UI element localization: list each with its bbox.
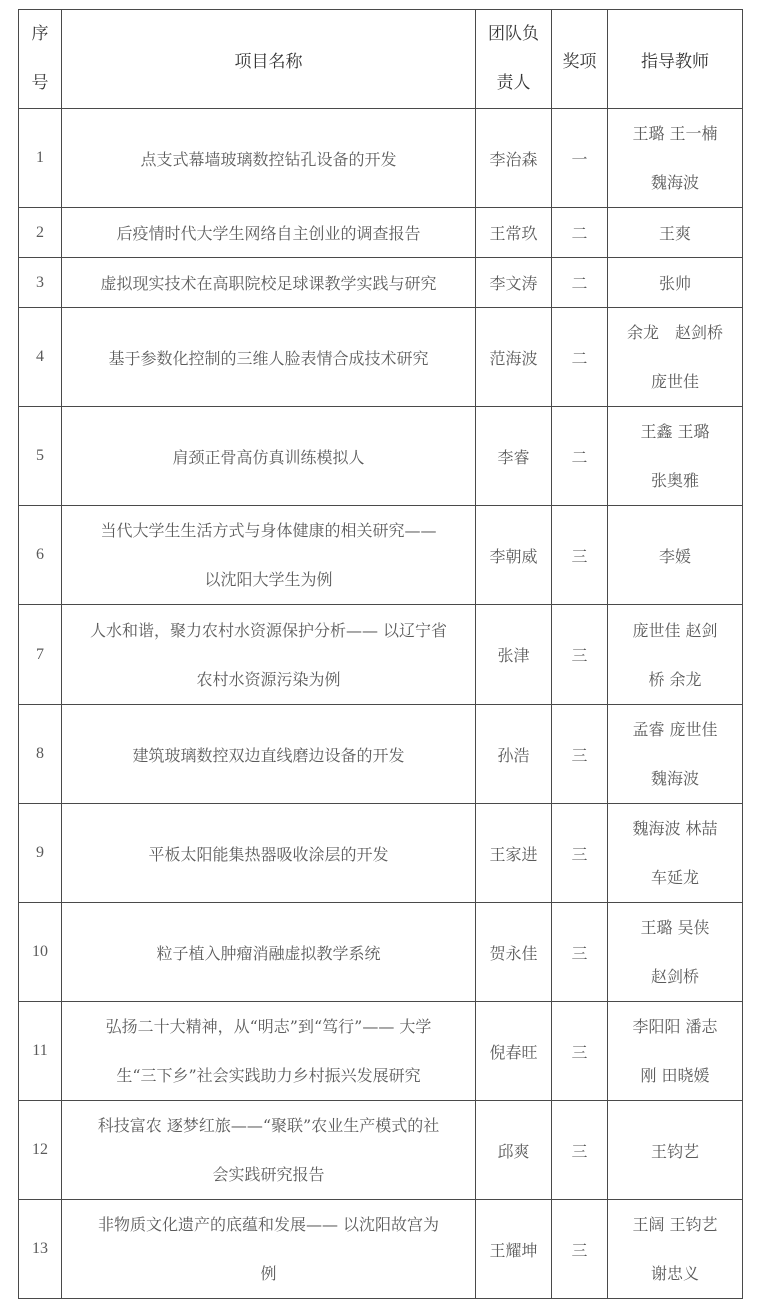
row-number: 5 xyxy=(19,407,62,506)
advisor-teachers-line: 张奥雅 xyxy=(612,456,738,505)
team-leader-text: 李治森 xyxy=(489,150,537,169)
project-name: 粒子植入肿瘤消融虚拟教学系统 xyxy=(62,903,476,1002)
project-name: 弘扬二十大精神，从“明志”到“笃行”—— 大学生“三下乡”社会实践助力乡村振兴发… xyxy=(62,1002,476,1101)
team-leader-text: 王家进 xyxy=(489,845,537,864)
project-name-line: 以沈阳大学生为例 xyxy=(66,555,471,604)
project-name-line: 人水和谐，聚力农村水资源保护分析—— 以辽宁省 xyxy=(66,606,471,655)
row-number-text: 2 xyxy=(36,224,44,241)
award-level: 三 xyxy=(552,1200,608,1299)
header-no-line1: 序 xyxy=(23,10,57,59)
row-number-text: 9 xyxy=(36,844,44,861)
advisor-teachers-line: 王璐 王一楠 xyxy=(612,109,738,158)
row-number-text: 11 xyxy=(32,1042,47,1059)
project-name: 虚拟现实技术在高职院校足球课教学实践与研究 xyxy=(62,258,476,308)
header-no: 序 号 xyxy=(19,10,62,109)
advisor-teachers: 王鑫 王璐张奥雅 xyxy=(608,407,743,506)
advisor-teachers: 王阔 王钧艺谢忠义 xyxy=(608,1200,743,1299)
team-leader: 王常玖 xyxy=(476,208,552,258)
award-level-text: 二 xyxy=(571,448,587,467)
project-name: 基于参数化控制的三维人脸表情合成技术研究 xyxy=(62,308,476,407)
advisor-teachers-line: 魏海波 林喆 xyxy=(612,804,738,853)
award-level: 三 xyxy=(552,804,608,903)
project-name: 平板太阳能集热器吸收涂层的开发 xyxy=(62,804,476,903)
advisor-teachers-line: 魏海波 xyxy=(612,754,738,803)
row-number: 2 xyxy=(19,208,62,258)
advisor-teachers-line: 庞世佳 赵剑 xyxy=(612,606,738,655)
project-name: 人水和谐，聚力农村水资源保护分析—— 以辽宁省农村水资源污染为例 xyxy=(62,605,476,705)
table-row: 3虚拟现实技术在高职院校足球课教学实践与研究李文涛二张帅 xyxy=(19,258,743,308)
team-leader: 张津 xyxy=(476,605,552,705)
advisor-teachers-line: 谢忠义 xyxy=(612,1249,738,1298)
advisor-teachers: 庞世佳 赵剑桥 余龙 xyxy=(608,605,743,705)
row-number: 12 xyxy=(19,1101,62,1200)
award-level: 二 xyxy=(552,308,608,407)
advisor-teachers: 张帅 xyxy=(608,258,743,308)
award-level-text: 三 xyxy=(571,845,587,864)
row-number-text: 4 xyxy=(36,348,44,365)
project-name-line: 非物质文化遗产的底蕴和发展—— 以沈阳故宫为 xyxy=(66,1200,471,1249)
team-leader-text: 王耀坤 xyxy=(489,1241,537,1260)
advisor-teachers-line: 王阔 王钧艺 xyxy=(612,1200,738,1249)
project-name: 科技富农 逐梦红旅——“聚联”农业生产模式的社会实践研究报告 xyxy=(62,1101,476,1200)
table-row: 5肩颈正骨高仿真训练模拟人李睿二王鑫 王璐张奥雅 xyxy=(19,407,743,506)
award-level: 三 xyxy=(552,1002,608,1101)
row-number: 1 xyxy=(19,109,62,208)
team-leader: 范海波 xyxy=(476,308,552,407)
team-leader-text: 张津 xyxy=(497,646,529,665)
project-name-line: 农村水资源污染为例 xyxy=(66,655,471,704)
award-level-text: 一 xyxy=(571,150,587,169)
award-level: 二 xyxy=(552,208,608,258)
table-row: 11弘扬二十大精神，从“明志”到“笃行”—— 大学生“三下乡”社会实践助力乡村振… xyxy=(19,1002,743,1101)
team-leader-text: 倪春旺 xyxy=(489,1043,537,1062)
advisor-teachers: 王璐 王一楠魏海波 xyxy=(608,109,743,208)
award-level-text: 三 xyxy=(571,1241,587,1260)
team-leader: 孙浩 xyxy=(476,705,552,804)
award-level-text: 三 xyxy=(571,746,587,765)
table-row: 9平板太阳能集热器吸收涂层的开发王家进三魏海波 林喆车延龙 xyxy=(19,804,743,903)
award-level-text: 三 xyxy=(571,646,587,665)
header-teacher: 指导教师 xyxy=(608,10,743,109)
advisor-teachers-line: 庞世佳 xyxy=(612,357,738,406)
table-row: 1点支式幕墙玻璃数控钻孔设备的开发李治森一王璐 王一楠魏海波 xyxy=(19,109,743,208)
header-project-name: 项目名称 xyxy=(62,10,476,109)
project-name-line: 基于参数化控制的三维人脸表情合成技术研究 xyxy=(66,346,471,369)
team-leader: 李朝威 xyxy=(476,506,552,605)
award-level-text: 三 xyxy=(571,1142,587,1161)
table-row: 6当代大学生生活方式与身体健康的相关研究——以沈阳大学生为例李朝威三李媛 xyxy=(19,506,743,605)
team-leader: 王耀坤 xyxy=(476,1200,552,1299)
project-name-line: 后疫情时代大学生网络自主创业的调查报告 xyxy=(66,221,471,244)
row-number: 10 xyxy=(19,903,62,1002)
project-name-line: 当代大学生生活方式与身体健康的相关研究—— xyxy=(66,506,471,555)
award-level: 三 xyxy=(552,506,608,605)
row-number: 3 xyxy=(19,258,62,308)
header-team-leader: 团队负 责人 xyxy=(476,10,552,109)
advisor-teachers: 李阳阳 潘志刚 田晓媛 xyxy=(608,1002,743,1101)
project-name-line: 点支式幕墙玻璃数控钻孔设备的开发 xyxy=(66,147,471,170)
table-row: 10粒子植入肿瘤消融虚拟教学系统贺永佳三王璐 吴侠赵剑桥 xyxy=(19,903,743,1002)
advisor-teachers: 魏海波 林喆车延龙 xyxy=(608,804,743,903)
project-name-line: 会实践研究报告 xyxy=(66,1150,471,1199)
advisor-teachers: 王爽 xyxy=(608,208,743,258)
row-number-text: 1 xyxy=(36,149,44,166)
row-number-text: 6 xyxy=(36,546,44,563)
team-leader: 倪春旺 xyxy=(476,1002,552,1101)
advisor-teachers: 孟睿 庞世佳魏海波 xyxy=(608,705,743,804)
award-level: 三 xyxy=(552,605,608,705)
row-number: 13 xyxy=(19,1200,62,1299)
table-row: 4基于参数化控制的三维人脸表情合成技术研究范海波二余龙 赵剑桥庞世佳 xyxy=(19,308,743,407)
team-leader-text: 李睿 xyxy=(497,448,529,467)
row-number: 9 xyxy=(19,804,62,903)
team-leader: 李治森 xyxy=(476,109,552,208)
advisor-teachers-line: 王璐 吴侠 xyxy=(612,903,738,952)
team-leader: 李文涛 xyxy=(476,258,552,308)
advisor-teachers-line: 刚 田晓媛 xyxy=(612,1051,738,1100)
award-level: 一 xyxy=(552,109,608,208)
advisor-teachers: 王璐 吴侠赵剑桥 xyxy=(608,903,743,1002)
project-name: 点支式幕墙玻璃数控钻孔设备的开发 xyxy=(62,109,476,208)
row-number-text: 5 xyxy=(36,447,44,464)
header-team-leader-line1: 团队负 xyxy=(480,10,547,59)
award-level: 二 xyxy=(552,258,608,308)
advisor-teachers: 王钧艺 xyxy=(608,1101,743,1200)
table-row: 13非物质文化遗产的底蕴和发展—— 以沈阳故宫为例王耀坤三王阔 王钧艺谢忠义 xyxy=(19,1200,743,1299)
project-name-line: 科技富农 逐梦红旅——“聚联”农业生产模式的社 xyxy=(66,1101,471,1150)
project-name-line: 例 xyxy=(66,1249,471,1298)
header-project-name-text: 项目名称 xyxy=(235,52,303,72)
project-name: 非物质文化遗产的底蕴和发展—— 以沈阳故宫为例 xyxy=(62,1200,476,1299)
table-row: 2后疫情时代大学生网络自主创业的调查报告王常玖二王爽 xyxy=(19,208,743,258)
project-name-line: 建筑玻璃数控双边直线磨边设备的开发 xyxy=(66,743,471,766)
row-number: 4 xyxy=(19,308,62,407)
advisor-teachers: 李媛 xyxy=(608,506,743,605)
row-number: 11 xyxy=(19,1002,62,1101)
team-leader: 邱爽 xyxy=(476,1101,552,1200)
advisor-teachers-line: 李阳阳 潘志 xyxy=(612,1002,738,1051)
advisor-teachers: 余龙 赵剑桥庞世佳 xyxy=(608,308,743,407)
advisor-teachers-line: 魏海波 xyxy=(612,158,738,207)
row-number: 7 xyxy=(19,605,62,705)
row-number-text: 3 xyxy=(36,274,44,291)
header-award: 奖项 xyxy=(552,10,608,109)
project-name: 肩颈正骨高仿真训练模拟人 xyxy=(62,407,476,506)
project-name-line: 生“三下乡”社会实践助力乡村振兴发展研究 xyxy=(66,1051,471,1100)
team-leader: 贺永佳 xyxy=(476,903,552,1002)
project-name-line: 弘扬二十大精神，从“明志”到“笃行”—— 大学 xyxy=(66,1002,471,1051)
advisor-teachers-line: 王鑫 王璐 xyxy=(612,407,738,456)
advisor-teachers-line: 王钧艺 xyxy=(612,1139,738,1162)
award-level-text: 二 xyxy=(571,349,587,368)
award-level-text: 二 xyxy=(571,224,587,243)
award-level: 三 xyxy=(552,1101,608,1200)
table-row: 8建筑玻璃数控双边直线磨边设备的开发孙浩三孟睿 庞世佳魏海波 xyxy=(19,705,743,804)
row-number-text: 13 xyxy=(32,1240,48,1257)
team-leader-text: 孙浩 xyxy=(497,746,529,765)
project-name: 后疫情时代大学生网络自主创业的调查报告 xyxy=(62,208,476,258)
team-leader-text: 邱爽 xyxy=(497,1142,529,1161)
row-number: 6 xyxy=(19,506,62,605)
project-name: 当代大学生生活方式与身体健康的相关研究——以沈阳大学生为例 xyxy=(62,506,476,605)
award-level-text: 三 xyxy=(571,944,587,963)
team-leader-text: 贺永佳 xyxy=(489,944,537,963)
advisor-teachers-line: 桥 余龙 xyxy=(612,655,738,704)
team-leader-text: 王常玖 xyxy=(489,224,537,243)
team-leader-text: 李朝威 xyxy=(489,547,537,566)
project-name: 建筑玻璃数控双边直线磨边设备的开发 xyxy=(62,705,476,804)
award-level: 二 xyxy=(552,407,608,506)
project-name-line: 肩颈正骨高仿真训练模拟人 xyxy=(66,445,471,468)
team-leader-text: 范海波 xyxy=(489,349,537,368)
header-row: 序 号 项目名称 团队负 责人 奖项 指导教师 xyxy=(19,10,743,109)
header-award-text: 奖项 xyxy=(563,52,597,72)
row-number: 8 xyxy=(19,705,62,804)
header-no-line2: 号 xyxy=(23,59,57,108)
award-level: 三 xyxy=(552,903,608,1002)
advisor-teachers-line: 李媛 xyxy=(612,544,738,567)
advisor-teachers-line: 余龙 赵剑桥 xyxy=(612,308,738,357)
table-body: 1点支式幕墙玻璃数控钻孔设备的开发李治森一王璐 王一楠魏海波2后疫情时代大学生网… xyxy=(19,109,743,1299)
advisor-teachers-line: 孟睿 庞世佳 xyxy=(612,705,738,754)
award-level-text: 二 xyxy=(571,274,587,293)
team-leader: 王家进 xyxy=(476,804,552,903)
table-row: 12科技富农 逐梦红旅——“聚联”农业生产模式的社会实践研究报告邱爽三王钧艺 xyxy=(19,1101,743,1200)
project-name-line: 平板太阳能集热器吸收涂层的开发 xyxy=(66,842,471,865)
row-number-text: 7 xyxy=(36,646,44,663)
row-number-text: 12 xyxy=(32,1141,48,1158)
team-leader: 李睿 xyxy=(476,407,552,506)
team-leader-text: 李文涛 xyxy=(489,274,537,293)
advisor-teachers-line: 张帅 xyxy=(612,271,738,294)
award-level-text: 三 xyxy=(571,547,587,566)
award-table: 序 号 项目名称 团队负 责人 奖项 指导教师 1点支式幕墙玻璃数控钻孔设备的开… xyxy=(18,9,743,1299)
advisor-teachers-line: 赵剑桥 xyxy=(612,952,738,1001)
advisor-teachers-line: 车延龙 xyxy=(612,853,738,902)
award-level-text: 三 xyxy=(571,1043,587,1062)
row-number-text: 10 xyxy=(32,943,48,960)
header-teacher-text: 指导教师 xyxy=(641,52,709,72)
project-name-line: 虚拟现实技术在高职院校足球课教学实践与研究 xyxy=(66,271,471,294)
award-level: 三 xyxy=(552,705,608,804)
row-number-text: 8 xyxy=(36,745,44,762)
table-row: 7人水和谐，聚力农村水资源保护分析—— 以辽宁省农村水资源污染为例张津三庞世佳 … xyxy=(19,605,743,705)
advisor-teachers-line: 王爽 xyxy=(612,221,738,244)
header-team-leader-line2: 责人 xyxy=(480,59,547,108)
project-name-line: 粒子植入肿瘤消融虚拟教学系统 xyxy=(66,941,471,964)
